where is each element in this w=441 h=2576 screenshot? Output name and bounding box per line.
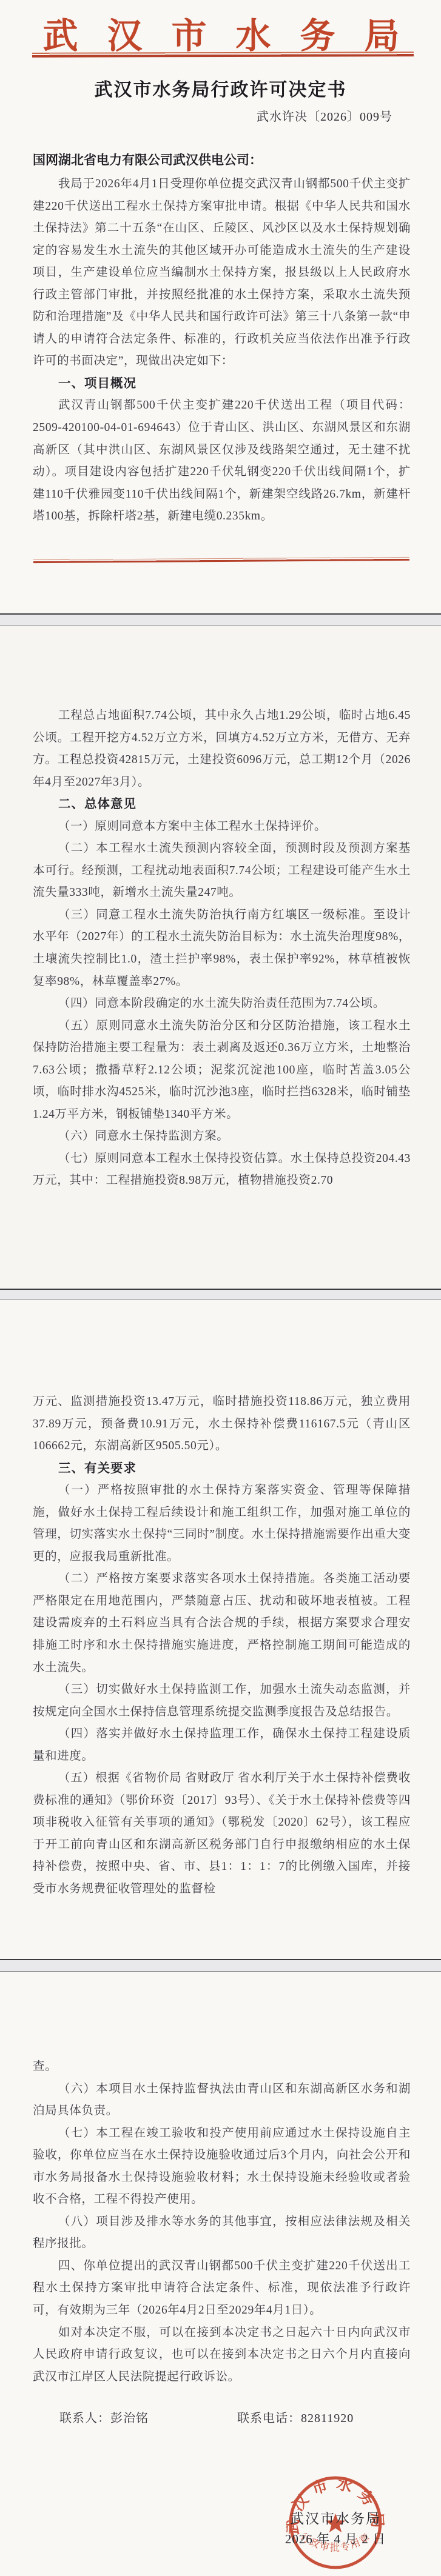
paragraph-investment-continued: 万元、监测措施投资13.47万元，临时措施投资118.86万元，独立费用37.8… <box>33 1391 411 1458</box>
opinion-item-1: （一）原则同意本方案中主体工程水土保持评价。 <box>33 816 411 838</box>
opinion-item-2: （二）本工程水土流失预测内容较全面，预测时段及预测方案基本可行。经预测，工程扰动… <box>33 838 411 904</box>
heading-overall-opinions: 二、总体意见 <box>33 793 411 816</box>
opinion-item-4: （四）同意本阶段确定的水土流失防治责任范围为7.74公顷。 <box>33 993 411 1015</box>
page-4: 查。 （六）本项目水土保持监督执法由青山区和东湖高新区水务和湖泊局具体负责。 （… <box>0 1972 441 2576</box>
paragraph-inspection-continued: 查。 <box>33 2056 411 2078</box>
requirement-3: （三）切实做好水土保持监测工作，加强水土流失动态监测，并按规定向全国水土保持信息… <box>33 1679 411 1723</box>
paragraph-intro: 我局于2026年4月1日受理你单位提交武汉青山钢都500千伏主变扩建220千伏送… <box>33 173 411 373</box>
page-1-body: 国网湖北省电力有限公司武汉供电公司： 我局于2026年4月1日受理你单位提交武汉… <box>0 0 441 613</box>
requirement-5: （五）根据《省物价局 省财政厅 省水利厅关于水土保持补偿费收费标准的通知》（鄂价… <box>33 1767 411 1900</box>
requirement-1: （一）严格按照审批的水土保持方案落实资金、管理等保障措施，做好水土保持工程后续设… <box>33 1480 411 1568</box>
opinion-item-3: （三）同意工程水土流失防治执行南方红壤区一级标准。至设计水平年（2027年）的工… <box>33 904 411 993</box>
requirement-7: （七）本工程在竣工验收和投产使用前应通过水土保持设施自主验收，你单位应当在水土保… <box>33 2123 411 2211</box>
page-2: 工程总占地面积7.74公顷，其中永久占地1.29公顷，临时占地6.45公顷。工程… <box>0 626 441 1289</box>
requirement-4: （四）落实并做好水土保持监理工作，确保水土保持工程建设质量和进度。 <box>33 1723 411 1767</box>
opinion-item-5: （五）原则同意水土流失防治分区和分区防治措施，该工程水土保持防治措施主要工程量为… <box>33 1015 411 1126</box>
page-break-2 <box>0 1289 441 1300</box>
contact-phone: 联系电话：82811920 <box>237 2412 354 2425</box>
page-break-1 <box>0 613 441 626</box>
signature-agency: 武汉市水务局 <box>272 2508 399 2528</box>
contact-person: 联系人：彭治铭 <box>59 2412 149 2425</box>
paragraph-project: 武汉青山钢都500千伏主变扩建220千伏送出工程（项目代码：2509-42010… <box>33 395 411 527</box>
requirement-8: （八）项目涉及排水等水务的其他事宜，按相应法律法规及相关程序报批。 <box>33 2211 411 2255</box>
signature-date: 2026 年 4 月 2 日 <box>272 2529 399 2548</box>
heading-project-overview: 一、项目概况 <box>33 373 411 395</box>
requirement-2: （二）严格按方案要求落实各项水土保持措施。各类施工活动要严格限定在用地范围内，严… <box>33 1568 411 1679</box>
opinion-item-7: （七）原则同意本工程水土保持投资估算。水土保持总投资204.43万元，其中：工程… <box>33 1148 411 1192</box>
opinion-item-6: （六）同意水土保持监测方案。 <box>33 1126 411 1148</box>
page-1: 武汉市水务局 武汉市水务局行政许可决定书 武水许决〔2026〕009号 国网湖北… <box>0 0 441 613</box>
contact-row: 联系人：彭治铭联系电话：82811920 <box>33 2408 411 2426</box>
paragraph-appeal-rights: 如对本决定不服，可以在接到本决定书之日起六十日内向武汉市人民政府申请行政复议，也… <box>33 2322 411 2389</box>
paragraph-land-use: 工程总占地面积7.74公顷，其中永久占地1.29公顷，临时占地6.45公顷。工程… <box>33 705 411 793</box>
requirement-6: （六）本项目水土保持监督执法由青山区和东湖高新区水务和湖泊局具体负责。 <box>33 2078 411 2123</box>
page-3: 万元、监测措施投资13.47万元，临时措施投资118.86万元，独立费用37.8… <box>0 1300 441 1959</box>
page-break-3 <box>0 1959 441 1972</box>
addressee-line: 国网湖北省电力有限公司武汉供电公司： <box>33 152 411 170</box>
paragraph-decision: 四、你单位提出的武汉青山钢都500千伏主变扩建220千伏送出工程水土保持方案审批… <box>33 2255 411 2322</box>
page-3-body: 万元、监测措施投资13.47万元，临时措施投资118.86万元，独立费用37.8… <box>0 1300 441 1959</box>
heading-requirements: 三、有关要求 <box>33 1458 411 1480</box>
scanned-document: 武汉市水务局 武汉市水务局行政许可决定书 武水许决〔2026〕009号 国网湖北… <box>0 0 441 2576</box>
page-2-body: 工程总占地面积7.74公顷，其中永久占地1.29公顷，临时占地6.45公顷。工程… <box>0 626 441 1289</box>
